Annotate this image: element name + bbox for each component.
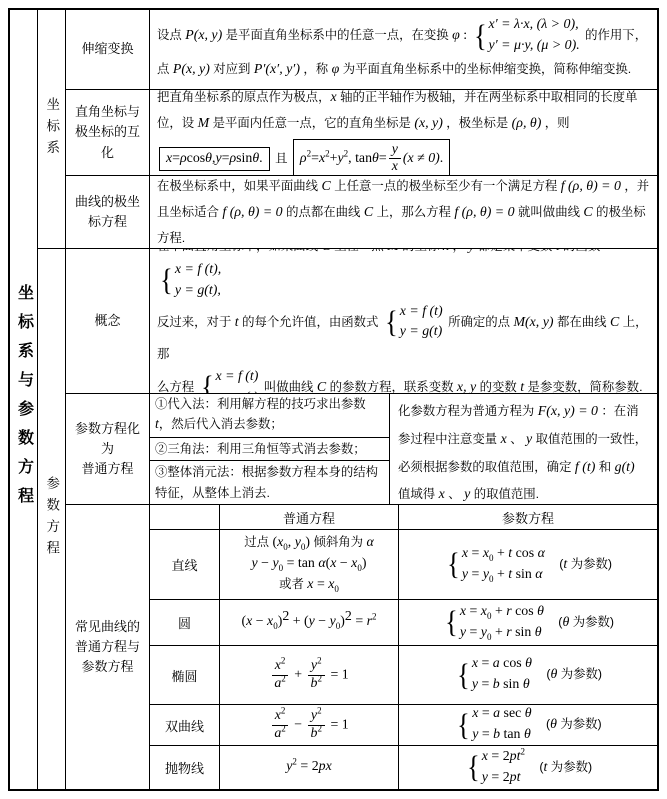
- concept-text: 在平面直角坐标中，如果曲线 C 上任一点 M 的坐标 x ， y 都是某个变数 …: [157, 249, 650, 393]
- hyperbola-general-text: x2a2 − y2b2 = 1: [269, 708, 348, 742]
- coordinate-system-rows: 伸缩变换 设点 P(x, y) 是平面直角坐标系中的任意一点，在变换 φ : {…: [66, 10, 657, 248]
- curve-row-ellipse: 椭圆 x2a2 + y2b2 = 1 {x = a cos θy = b sin…: [150, 646, 657, 705]
- column-header-parametric-equation: 参数方程: [399, 505, 657, 529]
- method-trigonometric-text: ②三角法：利用三角恒等式消去参数；: [155, 439, 366, 459]
- curve-name-hyperbola: 双曲线: [150, 705, 220, 745]
- line-general-equation: 过点 (x0, y0) 倾斜角为 αy − y0 = tan α(x − x0)…: [220, 530, 399, 599]
- curve-name-circle: 圆: [150, 600, 220, 645]
- range-consistency-note: 化参数方程为普通方程为 F(x, y) = 0 ：在消参过程中注意变量 x 、 …: [390, 394, 657, 504]
- line-general-text: 过点 (x0, y0) 倾斜角为 αy − y0 = tan α(x − x0)…: [244, 533, 374, 595]
- ellipse-general-text: x2a2 + y2b2 = 1: [269, 658, 348, 692]
- row-label-common-curves: 常见曲线的 普通方程与 参数方程: [66, 505, 150, 789]
- circle-general-text: (x − x0)2 + (y − y0)2 = r2: [241, 612, 376, 633]
- method-trigonometric: ②三角法：利用三角恒等式消去参数；: [150, 438, 389, 461]
- hyperbola-parametric-text: {x = a sec θy = b tan θ (θ 为参数): [454, 705, 601, 745]
- curve-row-parabola: 抛物线 y2 = 2px {x = 2pt2y = 2pt (t 为参数): [150, 746, 657, 789]
- group-cell-parametric-equations: 参数方程: [38, 249, 66, 789]
- page-title: 坐标系与参数方程: [16, 284, 32, 516]
- section-parametric-equations: 参数方程 概念 在平面直角坐标中，如果曲线 C 上任一点 M 的坐标 x ， y…: [38, 249, 657, 789]
- group-label-coordinate-system: 坐标系: [45, 97, 59, 162]
- hyperbola-general-equation: x2a2 − y2b2 = 1: [220, 705, 399, 745]
- circle-general-equation: (x − x0)2 + (y − y0)2 = r2: [220, 600, 399, 645]
- row-label-rect-polar-conversion: 直角坐标与 极坐标的互 化: [66, 90, 150, 175]
- circle-parametric-equation: {x = x0 + r cos θy = y0 + r sin θ (θ 为参数…: [399, 600, 657, 645]
- range-consistency-text: 化参数方程为普通方程为 F(x, y) = 0 ：在消参过程中注意变量 x 、 …: [398, 404, 647, 501]
- curve-table: 普通方程 参数方程 直线 过点 (x0, y0) 倾斜角为 αy − y0 = …: [150, 505, 657, 789]
- circle-parametric-text: {x = x0 + r cos θy = y0 + r sin θ (θ 为参数…: [442, 602, 614, 644]
- row-scaling-transform: 伸缩变换 设点 P(x, y) 是平面直角坐标系中的任意一点，在变换 φ : {…: [66, 10, 657, 90]
- row-content-rect-polar-conversion: 把直角坐标系的原点作为极点，x 轴的正半轴作为极轴，并在两坐标系中取相同的长度单…: [150, 90, 657, 175]
- row-label-param-to-general: 参数方程化 为 普通方程: [66, 394, 150, 504]
- row-concept: 概念 在平面直角坐标中，如果曲线 C 上任一点 M 的坐标 x ， y 都是某个…: [66, 249, 657, 394]
- curve-name-ellipse: 椭圆: [150, 646, 220, 704]
- math-summary-table: 坐标系与参数方程 坐标系 伸缩变换 设点 P(x, y) 是平面直角坐标系中的任…: [8, 8, 659, 791]
- line-parametric-text: {x = x0 + t cos αy = y0 + t sin α (t 为参数…: [444, 544, 612, 586]
- table-body: 坐标系 伸缩变换 设点 P(x, y) 是平面直角坐标系中的任意一点，在变换 φ…: [38, 10, 657, 789]
- row-label-concept: 概念: [66, 249, 150, 393]
- method-substitution: ①代入法：利用解方程的技巧求出参数 t，然后代入消去参数；: [150, 394, 389, 438]
- row-content-concept: 在平面直角坐标中，如果曲线 C 上任一点 M 的坐标 x ， y 都是某个变数 …: [150, 249, 657, 393]
- param-to-general-split: ①代入法：利用解方程的技巧求出参数 t，然后代入消去参数； ②三角法：利用三角恒…: [150, 394, 657, 504]
- curve-header-blank: [150, 505, 220, 529]
- parabola-general-equation: y2 = 2px: [220, 746, 399, 789]
- column-header-general-equation: 普通方程: [220, 505, 399, 529]
- group-cell-coordinate-system: 坐标系: [38, 10, 66, 248]
- parabola-general-text: y2 = 2px: [286, 757, 332, 778]
- parametric-equation-rows: 概念 在平面直角坐标中，如果曲线 C 上任一点 M 的坐标 x ， y 都是某个…: [66, 249, 657, 789]
- parabola-parametric-text: {x = 2pt2y = 2pt (t 为参数): [464, 747, 592, 789]
- row-content-scaling-transform: 设点 P(x, y) 是平面直角坐标系中的任意一点，在变换 φ : {x′ = …: [150, 10, 657, 89]
- curve-table-header: 普通方程 参数方程: [150, 505, 657, 530]
- scaling-transform-text: 设点 P(x, y) 是平面直角坐标系中的任意一点，在变换 φ : {x′ = …: [157, 15, 650, 83]
- section-coordinate-system: 坐标系 伸缩变换 设点 P(x, y) 是平面直角坐标系中的任意一点，在变换 φ…: [38, 10, 657, 249]
- row-param-to-general: 参数方程化 为 普通方程 ①代入法：利用解方程的技巧求出参数 t，然后代入消去参…: [66, 394, 657, 505]
- curve-name-parabola: 抛物线: [150, 746, 220, 789]
- row-polar-equation-of-curve: 曲线的极坐 标方程 在极坐标系中，如果平面曲线 C 上任意一点的极坐标至少有一个…: [66, 176, 657, 248]
- method-holistic-text: ③整体消元法：根据参数方程本身的结构特征，从整体上消去.: [155, 462, 384, 503]
- method-substitution-text: ①代入法：利用解方程的技巧求出参数 t，然后代入消去参数；: [155, 394, 384, 437]
- row-content-polar-equation: 在极坐标系中，如果平面曲线 C 上任意一点的极坐标至少有一个满足方程 f (ρ,…: [150, 176, 657, 248]
- row-rect-polar-conversion: 直角坐标与 极坐标的互 化 把直角坐标系的原点作为极点，x 轴的正半轴作为极轴，…: [66, 90, 657, 176]
- row-common-curves: 常见曲线的 普通方程与 参数方程 普通方程 参数方程 直线 过点 (x0, y0…: [66, 505, 657, 789]
- parabola-parametric-equation: {x = 2pt2y = 2pt (t 为参数): [399, 746, 657, 789]
- curve-name-line: 直线: [150, 530, 220, 599]
- curve-row-hyperbola: 双曲线 x2a2 − y2b2 = 1 {x = a sec θy = b ta…: [150, 705, 657, 746]
- row-label-scaling-transform: 伸缩变换: [66, 10, 150, 89]
- ellipse-general-equation: x2a2 + y2b2 = 1: [220, 646, 399, 704]
- row-label-polar-equation: 曲线的极坐 标方程: [66, 176, 150, 248]
- ellipse-parametric-equation: {x = a cos θy = b sin θ (θ 为参数): [399, 646, 657, 704]
- curve-row-line: 直线 过点 (x0, y0) 倾斜角为 αy − y0 = tan α(x − …: [150, 530, 657, 600]
- elimination-methods: ①代入法：利用解方程的技巧求出参数 t，然后代入消去参数； ②三角法：利用三角恒…: [150, 394, 390, 504]
- polar-equation-text: 在极坐标系中，如果平面曲线 C 上任意一点的极坐标至少有一个满足方程 f (ρ,…: [157, 176, 650, 248]
- ellipse-parametric-text: {x = a cos θy = b sin θ (θ 为参数): [454, 654, 602, 696]
- line-parametric-equation: {x = x0 + t cos αy = y0 + t sin α (t 为参数…: [399, 530, 657, 599]
- main-title-cell: 坐标系与参数方程: [10, 10, 38, 789]
- rect-polar-conversion-text: 把直角坐标系的原点作为极点，x 轴的正半轴作为极轴，并在两坐标系中取相同的长度单…: [157, 90, 650, 175]
- group-label-parametric-equations: 参数方程: [45, 476, 59, 562]
- method-holistic: ③整体消元法：根据参数方程本身的结构特征，从整体上消去.: [150, 461, 389, 504]
- hyperbola-parametric-equation: {x = a sec θy = b tan θ (θ 为参数): [399, 705, 657, 745]
- curve-row-circle: 圆 (x − x0)2 + (y − y0)2 = r2 {x = x0 + r…: [150, 600, 657, 646]
